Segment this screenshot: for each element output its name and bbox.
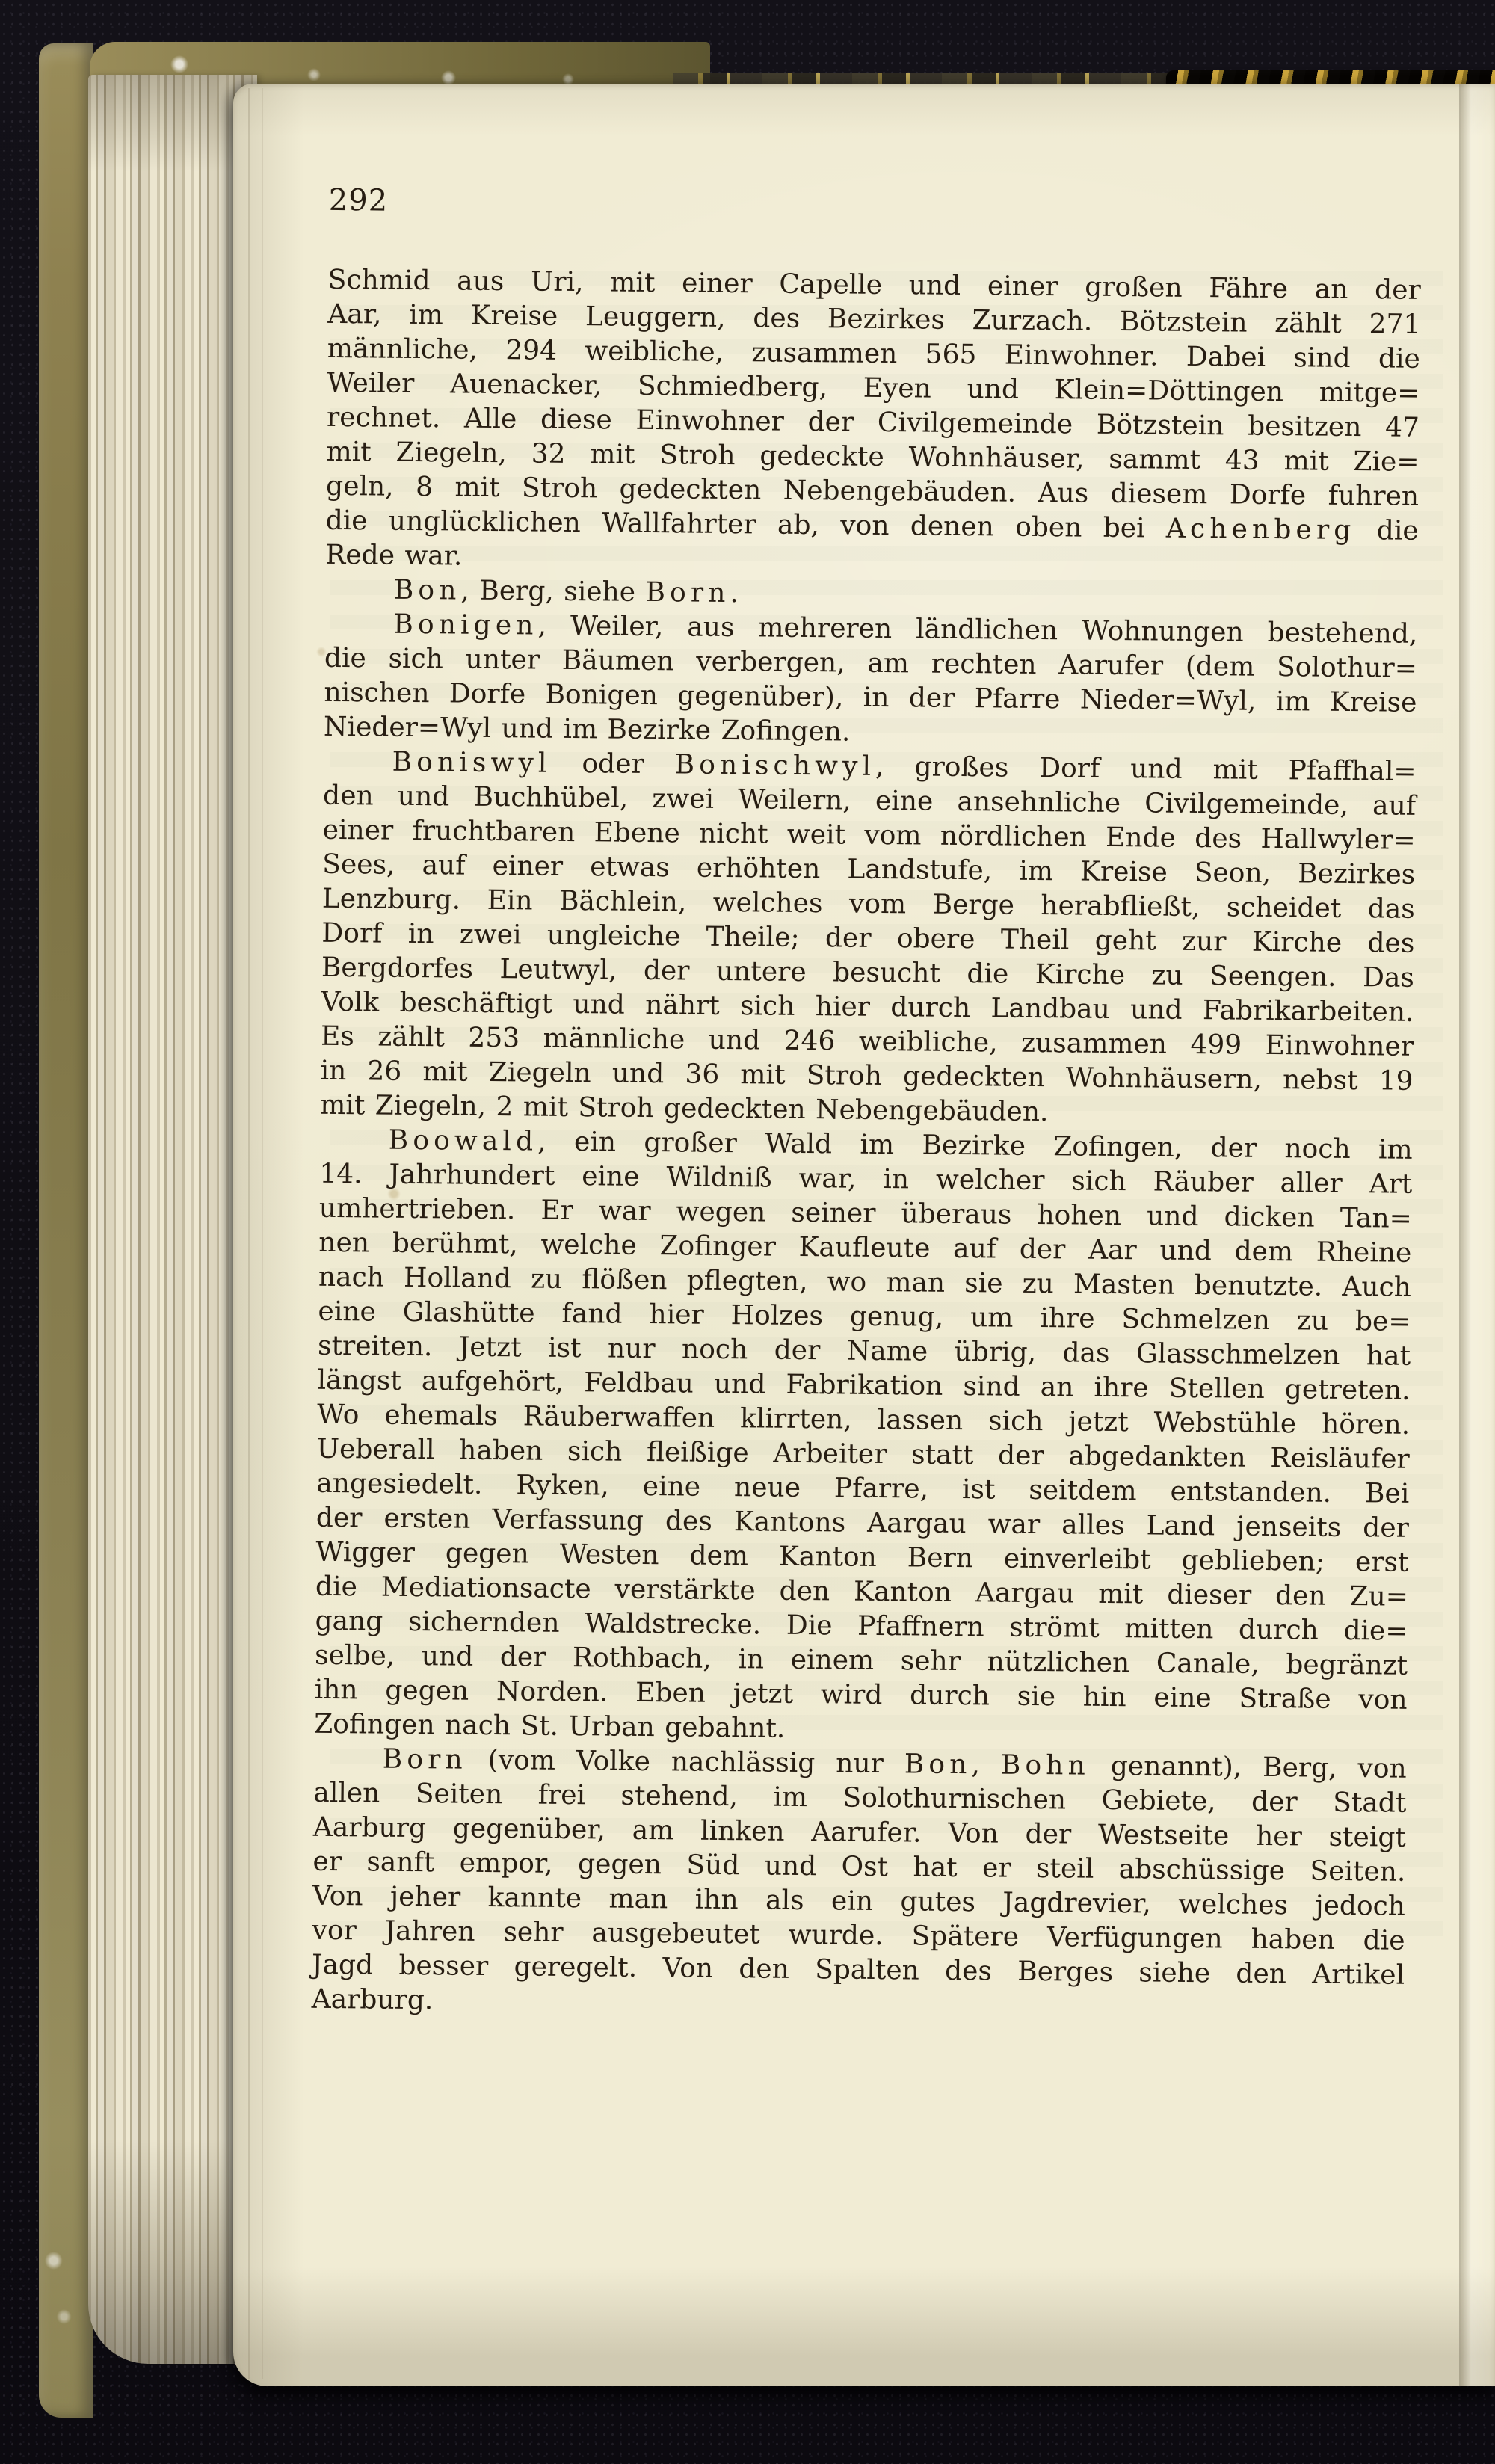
letterspaced-keyword: Bonischwyl <box>674 749 875 782</box>
letterspaced-keyword: Bonigen <box>393 609 538 641</box>
paragraph: Bonigen, Weiler, aus mehreren ländlichen… <box>324 607 1418 755</box>
book: 292 Schmid aus Uri, mit einer Capelle un… <box>0 0 1495 2464</box>
paragraph: Boniswyl oder Bonischwyl, großes Dorf un… <box>320 745 1417 1133</box>
page-content: 292 Schmid aus Uri, mit einer Capelle un… <box>311 185 1424 2027</box>
fanned-page-edges <box>88 75 257 2364</box>
book-page: 292 Schmid aus Uri, mit einer Capelle un… <box>233 84 1495 2386</box>
paragraph: Boowald, ein großer Wald im Bezirke Zofi… <box>314 1123 1413 1752</box>
letterspaced-keyword: Born <box>383 1744 467 1775</box>
letterspaced-keyword: Bon <box>904 1749 972 1780</box>
text-block: Schmid aus Uri, mit einer Capelle und ei… <box>311 263 1420 2027</box>
letterspaced-keyword: Bon <box>394 575 461 606</box>
letterspaced-keyword: Achenberg <box>1166 514 1356 546</box>
paragraph: Schmid aus Uri, mit einer Capelle und ei… <box>325 263 1421 583</box>
letterspaced-keyword: Boowald <box>389 1125 538 1157</box>
letterspaced-keyword: Boniswyl <box>392 747 551 779</box>
page-number: 292 <box>329 185 1425 226</box>
letterspaced-keyword: Bohn <box>1001 1750 1090 1781</box>
letterspaced-keyword: Born <box>645 577 730 609</box>
book-cover-edge <box>39 43 93 2418</box>
photo-background: 292 Schmid aus Uri, mit einer Capelle un… <box>0 0 1495 2464</box>
paragraph: Born (vom Volke nachlässig nur Bon, Bohn… <box>311 1742 1406 2027</box>
